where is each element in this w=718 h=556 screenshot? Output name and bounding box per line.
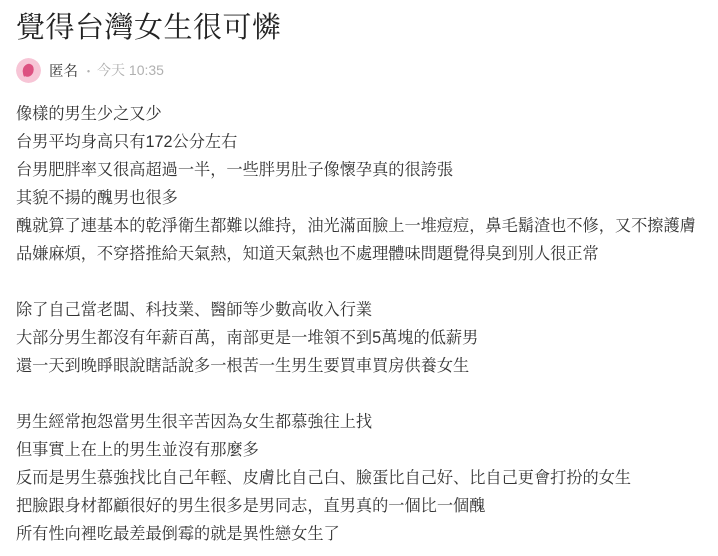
body-line: 所有性向裡吃最差最倒霉的就是異性戀女生了 (16, 520, 702, 548)
post-meta-row: 匿名 ・ 今天 10:35 (16, 57, 702, 83)
body-line: 台男肥胖率又很高超過一半，一些胖男肚子像懷孕真的很誇張 (16, 156, 702, 184)
body-line: 反而是男生慕強找比自己年輕、皮膚比自己白、臉蛋比自己好、比自己更會打扮的女生 (16, 464, 702, 492)
body-line: 除了自己當老闆、科技業、醫師等少數高收入行業 (16, 296, 702, 324)
author-name: 匿名 (49, 60, 78, 81)
body-line: 男生經常抱怨當男生很辛苦因為女生都慕強往上找 (16, 408, 702, 436)
paragraph-3: 男生經常抱怨當男生很辛苦因為女生都慕強往上找 但事實上在上的男生並沒有那麼多 反… (16, 408, 702, 548)
post-page: 覺得台灣女生很可憐 匿名 ・ 今天 10:35 像樣的男生少之又少 台男平均身高… (0, 0, 718, 556)
anonymous-person-icon (16, 58, 41, 83)
body-line: 還一天到晚睜眼說瞎話說多一根苦一生男生要買車買房供養女生 (16, 352, 702, 380)
paragraph-1: 像樣的男生少之又少 台男平均身高只有172公分左右 台男肥胖率又很高超過一半，一… (16, 100, 702, 268)
body-line: 其貌不揚的醜男也很多 (16, 184, 702, 212)
body-line: 把臉跟身材都顧很好的男生很多是男同志，直男真的一個比一個醜 (16, 492, 702, 520)
body-line: 醜就算了連基本的乾淨衛生都難以維持，油光滿面臉上一堆痘痘，鼻毛鬍渣也不修，又不擦… (16, 212, 702, 268)
body-line: 台男平均身高只有172公分左右 (16, 128, 702, 156)
anonymous-avatar (16, 58, 41, 83)
post-body: 像樣的男生少之又少 台男平均身高只有172公分左右 台男肥胖率又很高超過一半，一… (16, 100, 702, 548)
body-line: 像樣的男生少之又少 (16, 100, 702, 128)
post-timestamp: 今天 10:35 (97, 60, 164, 80)
meta-separator: ・ (82, 61, 95, 80)
body-line: 大部分男生都沒有年薪百萬，南部更是一堆領不到5萬塊的低薪男 (16, 324, 702, 352)
paragraph-2: 除了自己當老闆、科技業、醫師等少數高收入行業 大部分男生都沒有年薪百萬，南部更是… (16, 296, 702, 380)
body-line: 但事實上在上的男生並沒有那麼多 (16, 436, 702, 464)
post-title: 覺得台灣女生很可憐 (16, 8, 702, 48)
